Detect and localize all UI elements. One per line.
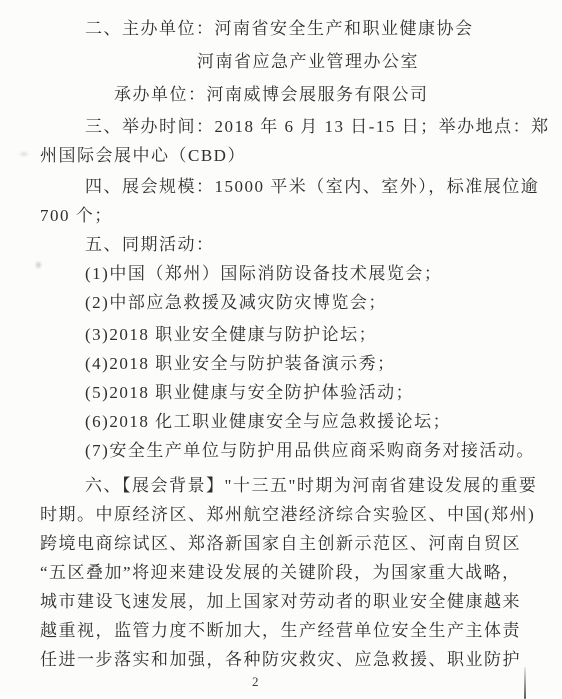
- doc-line-undertaker: 承办单位：河南威博会展服务有限公司: [40, 80, 532, 109]
- scan-smudge: [36, 262, 41, 268]
- document-body: 二、主办单位：河南省安全生产和职业健康协会 河南省应急产业管理办公室 承办单位：…: [40, 14, 532, 674]
- doc-line-scale-wrap: 700 个；: [40, 201, 532, 230]
- doc-line-activity-5: (5)2018 职业健康与安全防护体验活动；: [40, 378, 532, 407]
- doc-line-background-5: 城市建设飞速发展，加上国家对劳动者的职业安全健康越来: [40, 587, 532, 616]
- doc-line-activity-2: (2)中部应急救援及减灾防灾博览会；: [40, 288, 532, 317]
- doc-line-activity-4: (4)2018 职业安全与防护装备演示秀；: [40, 349, 532, 378]
- doc-line-time-place-wrap: 州国际会展中心（CBD）: [40, 141, 532, 170]
- doc-line-activity-6: (6)2018 化工职业健康安全与应急救援论坛；: [40, 407, 532, 436]
- doc-line-activities-heading: 五、同期活动：: [40, 230, 532, 259]
- doc-line-organizer-2: 河南省应急产业管理办公室: [40, 47, 532, 76]
- doc-line-background-4: “五区叠加”将迎来建设发展的关键阶段，为国家重大战略，: [40, 558, 532, 587]
- doc-line-activity-3: (3)2018 职业安全健康与防护论坛；: [40, 320, 532, 349]
- doc-line-background-3: 跨境电商综试区、郑洛新国家自主创新示范区、河南自贸区: [40, 529, 532, 558]
- doc-line-organizer-heading: 二、主办单位：河南省安全生产和职业健康协会: [40, 14, 532, 43]
- scan-artifact-line: [524, 667, 526, 699]
- doc-line-time-place: 三、举办时间：2018 年 6 月 13 日-15 日；举办地点：郑: [40, 112, 532, 141]
- doc-line-background-6: 越重视，监管力度不断加大，生产经营单位安全生产主体责: [40, 616, 532, 645]
- document-page: 二、主办单位：河南省安全生产和职业健康协会 河南省应急产业管理办公室 承办单位：…: [0, 0, 562, 699]
- doc-line-scale: 四、展会规模：15000 平米（室内、室外），标准展位逾: [40, 172, 532, 201]
- doc-line-background-1: 六、【展会背景】"十三五"时期为河南省建设发展的重要: [40, 471, 532, 500]
- doc-line-activity-7: (7)安全生产单位与防护用品供应商采购商务对接活动。: [40, 436, 532, 465]
- doc-line-background-2: 时期。中原经济区、郑州航空港经济综合实验区、中国(郑州): [40, 500, 532, 529]
- page-number: 2: [252, 674, 259, 690]
- scan-smudge: [20, 152, 28, 156]
- doc-line-activity-1: (1)中国（郑州）国际消防设备技术展览会；: [40, 259, 532, 288]
- doc-line-background-7: 任进一步落实和加强，各种防灾救灾、应急救援、职业防护: [40, 645, 532, 674]
